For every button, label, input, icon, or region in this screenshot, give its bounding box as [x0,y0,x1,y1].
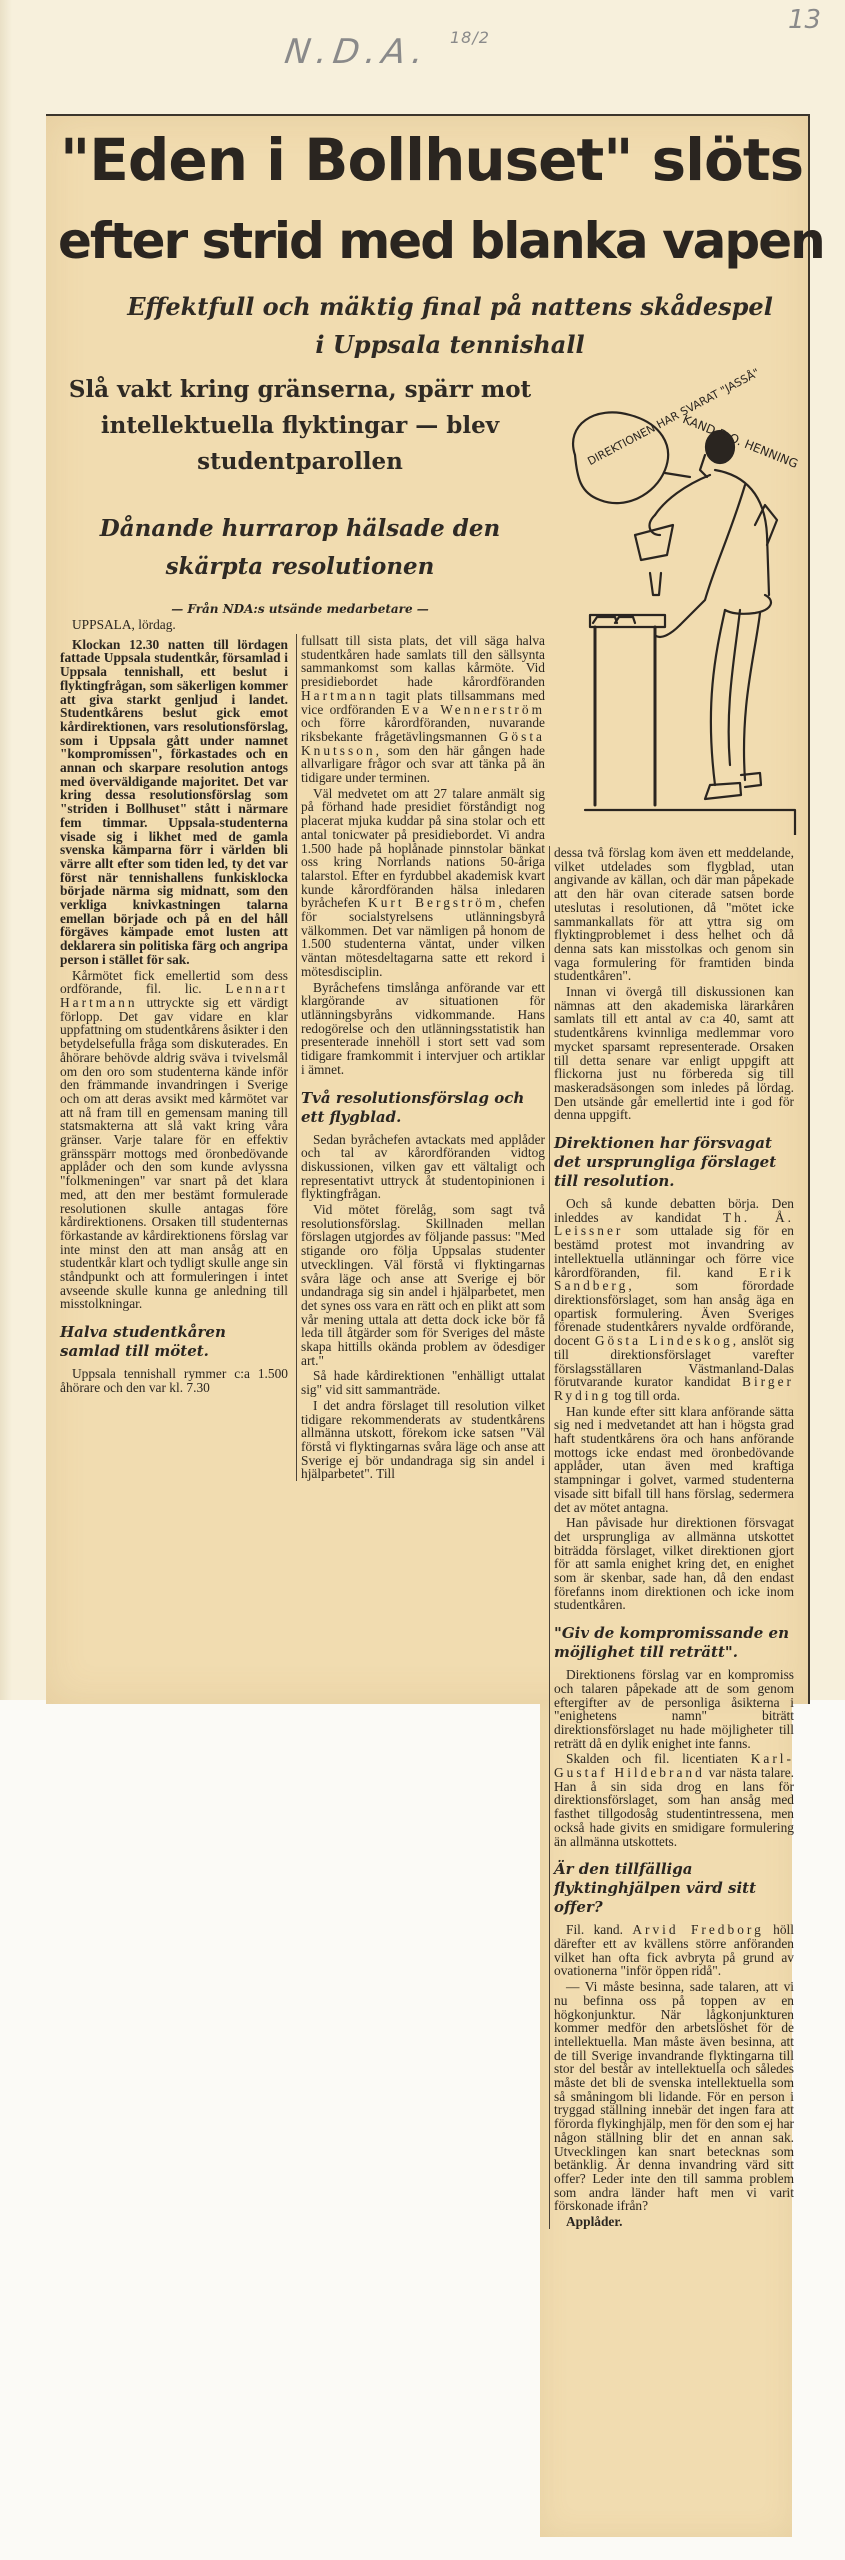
headline-line-2: efter strid med blanka vapen [58,212,824,270]
article-column-3: dessa två förslag kom även ett meddeland… [549,846,794,2229]
paragraph: Skalden och fil. licentiaten Karl-Gustaf… [554,1752,794,1848]
article-column-1: UPPSALA, lördag. Klockan 12.30 natten ti… [60,618,288,1395]
paragraph: — Vi måste besinna, sade talaren, att vi… [554,1980,794,2213]
subheadline-line-2: i Uppsala tennishall [90,326,810,364]
section-subhead: Direktionen har försvagat det ursprungli… [554,1134,794,1191]
paragraph: Vid mötet förelåg, som sagt två resoluti… [301,1203,545,1367]
closing-line: Applåder. [554,2215,794,2229]
paragraph: Byråchefens timslånga anförande var ett … [301,981,545,1077]
section-subhead: Är den tillfälliga flyktinghjälpen värd … [554,1860,794,1917]
paragraph: Väl medvetet om att 27 talare anmält sig… [301,787,545,979]
dateline: UPPSALA, lördag. [60,618,288,632]
paragraph: Uppsala tennishall rymmer c:a 1.500 åhör… [60,1367,288,1394]
subheadline-italic: Effektfull och mäktig final på nattens s… [90,288,810,364]
subheadline-ovation: Dånande hurrarop hälsade den skärpta res… [60,510,540,586]
paragraph: Kårmötet fick emellertid som dess ordför… [60,969,288,1312]
paragraph: Så hade kårdirektionen "enhälligt uttala… [301,1369,545,1396]
paragraph: Fil. kand. Arvid Fredborg höll därefter … [554,1923,794,1978]
paragraph: dessa två förslag kom även ett meddeland… [554,846,794,983]
lead-paragraph: Klockan 12.30 natten till lördagen fatta… [60,638,288,967]
section-subhead: Två resolutionsförslag och ett flygblad. [301,1089,545,1127]
byline: — Från NDA:s utsände medarbetare — [60,602,540,616]
paragraph: Han påvisade hur direktionen försvagat d… [554,1516,794,1612]
subheadline-parole: Slå vakt kring gränserna, spärr mot inte… [60,372,540,480]
subheadline-line-1: Effektfull och mäktig final på nattens s… [90,288,810,326]
headline-line-1: "Eden i Bollhuset" slöts [60,126,803,194]
paragraph: Sedan byråchefen avtackats med applåder … [301,1133,545,1202]
paragraph: Direktionens förslag var en kompromiss o… [554,1668,794,1750]
paragraph: Han kunde efter sitt klara anförande sät… [554,1405,794,1515]
section-subhead: "Giv de kompromissande en möjlighet till… [554,1624,794,1662]
paragraph: fullsatt till sista plats, det vill säga… [301,634,545,785]
paragraph: Och så kunde debatten börja. Den inledde… [554,1197,794,1403]
handwritten-page-number: 13 [788,5,821,35]
paragraph: I det andra förslaget till resolution vi… [301,1399,545,1481]
paragraph: Innan vi övergå till diskussionen kan nä… [554,985,794,1122]
section-subhead: Halva studentkåren samlad till mötet. [60,1323,288,1361]
handwritten-source-note: N.D.A. [282,32,432,72]
handwritten-date-note: 18/2 [450,28,490,47]
article-column-2: fullsatt till sista plats, det vill säga… [296,634,545,1481]
